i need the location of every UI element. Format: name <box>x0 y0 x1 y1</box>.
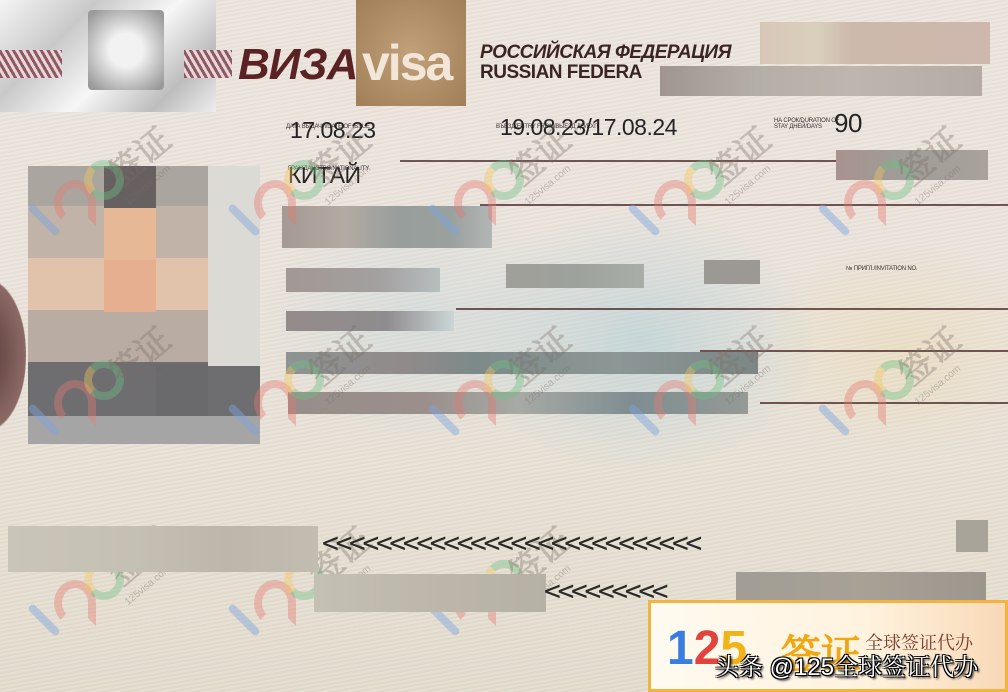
redacted-mrz <box>8 526 318 572</box>
redacted-block <box>760 22 990 64</box>
duration-value: 90 <box>834 108 862 139</box>
redacted-address <box>288 392 748 414</box>
redacted-name <box>282 206 492 248</box>
country-name-en: RUSSIAN FEDERA <box>480 62 642 84</box>
hologram-pattern <box>0 50 62 78</box>
photo-block <box>104 260 156 312</box>
visa-title-ru: ВИЗА <box>238 40 357 90</box>
photo-block <box>208 166 260 366</box>
visa-title-en: visa <box>362 34 451 92</box>
photo-block <box>104 166 156 208</box>
field-line <box>480 204 1008 206</box>
redacted-block <box>704 260 760 284</box>
field-line <box>400 160 840 162</box>
redacted-address <box>286 352 758 374</box>
hologram-strip <box>0 0 216 112</box>
redacted-mrz <box>314 574 546 612</box>
mrz-line-2: <<<<<<<<< <box>544 574 665 607</box>
photo-block <box>104 208 156 260</box>
field-line <box>760 402 1008 404</box>
field-line <box>456 308 1008 310</box>
redacted-mrz <box>956 520 988 552</box>
nationality-value: КИТАЙ <box>288 162 361 189</box>
redacted-block <box>506 264 644 288</box>
coat-of-arms-emblem <box>88 10 164 90</box>
redacted-block <box>286 268 440 292</box>
invitation-label: № ПРИГЛ./INVITATION No. <box>846 266 917 272</box>
country-name-ru: РОССИЙСКАЯ ФЕДЕРАЦИЯ <box>480 42 731 64</box>
photo-block <box>156 364 208 416</box>
validity-value: 19.08.23/17.08.24 <box>500 114 677 141</box>
hologram-pattern <box>184 50 232 78</box>
source-banner: 125 签证 全球签证代办 头条 @125全球签证代办 <box>648 600 1008 692</box>
issue-date-value: 17.08.23 <box>290 117 376 144</box>
redacted-block <box>836 150 988 180</box>
mrz-line-1: <<<<<<<<<<<<<<<<<<<<<<<<<<<< <box>322 526 699 559</box>
banner-caption: 头条 @125全球签证代办 <box>715 647 978 682</box>
redacted-block <box>286 311 454 331</box>
redacted-block <box>660 66 982 96</box>
